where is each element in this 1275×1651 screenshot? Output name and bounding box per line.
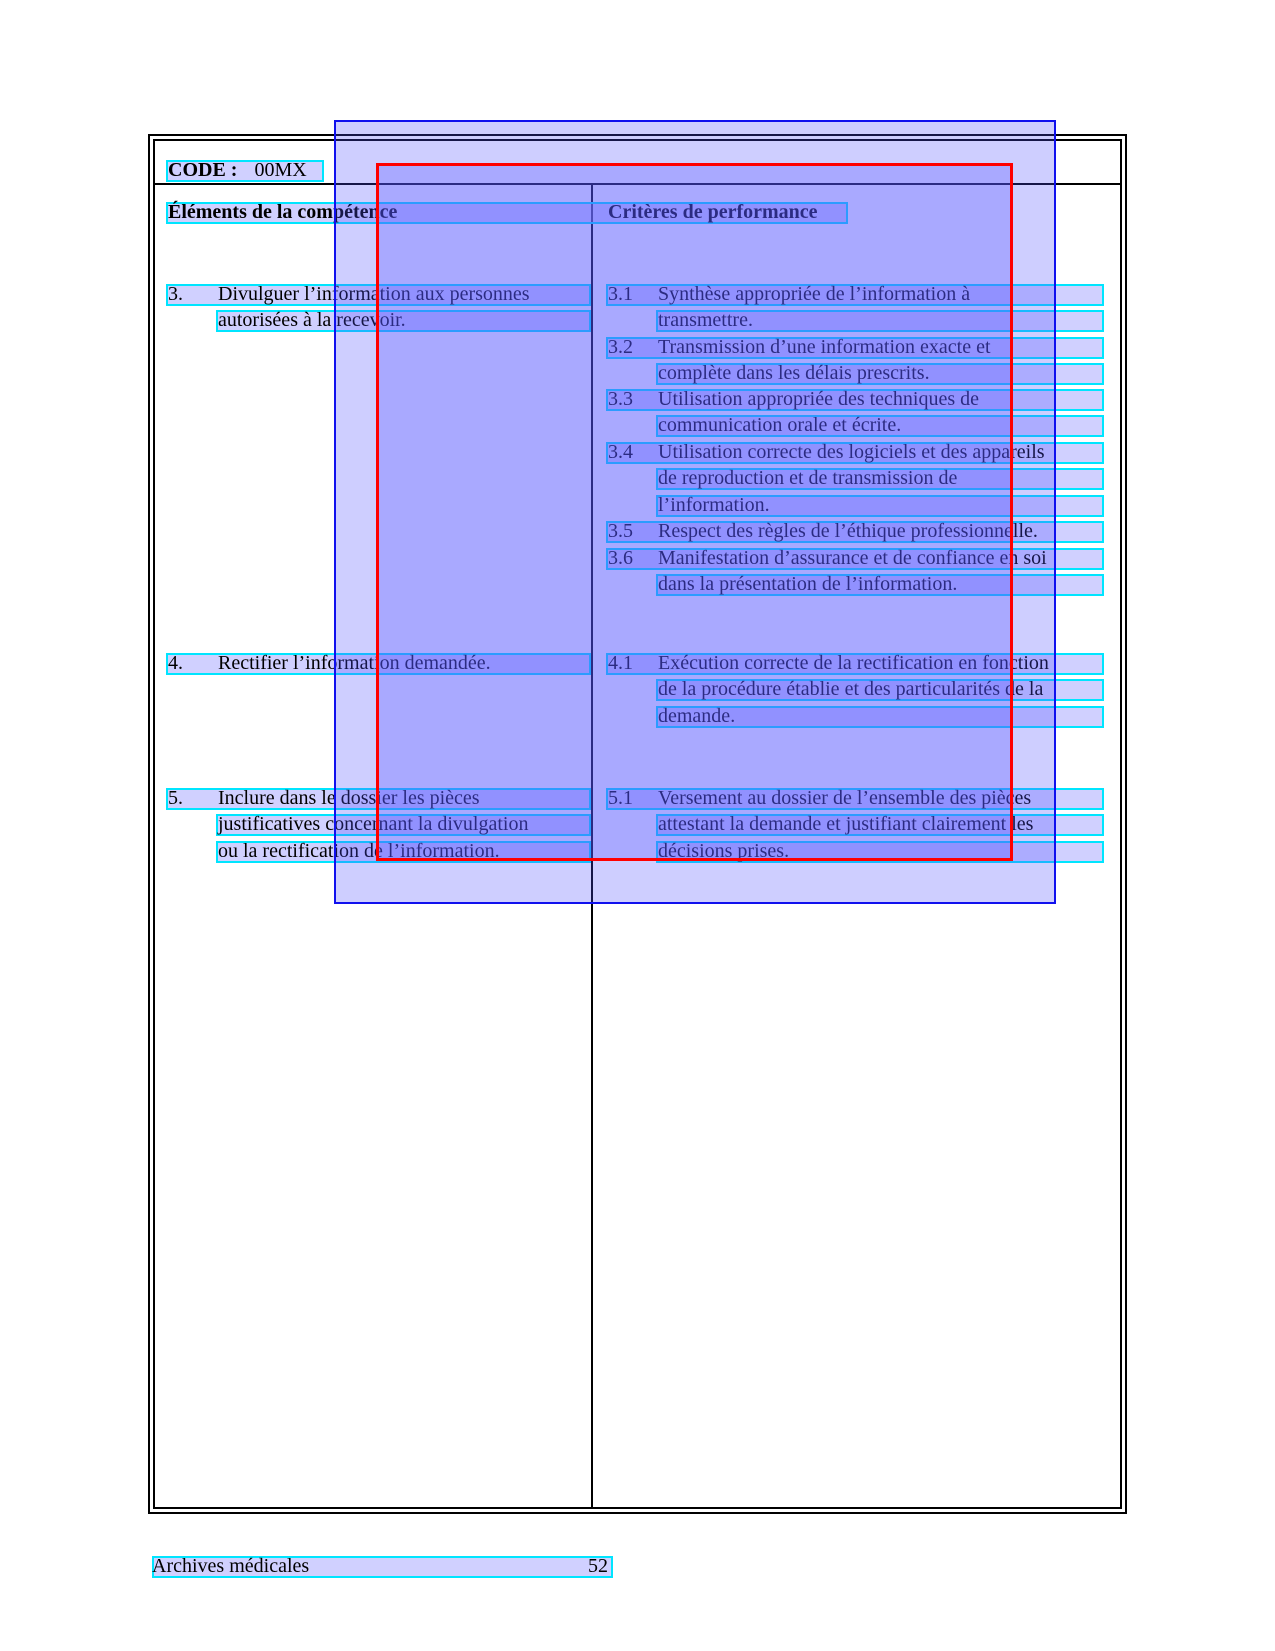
red-selection-box (376, 163, 1013, 861)
element-number: 5. (168, 785, 183, 811)
footer-title: Archives médicales (152, 1553, 309, 1579)
code-label: CODE : 00MX (168, 157, 307, 183)
element-number: 3. (168, 281, 183, 307)
code-label-text: CODE : (168, 159, 237, 181)
element-number: 4. (168, 650, 183, 676)
code-value: 00MX (254, 159, 306, 181)
page-number: 52 (588, 1553, 608, 1579)
